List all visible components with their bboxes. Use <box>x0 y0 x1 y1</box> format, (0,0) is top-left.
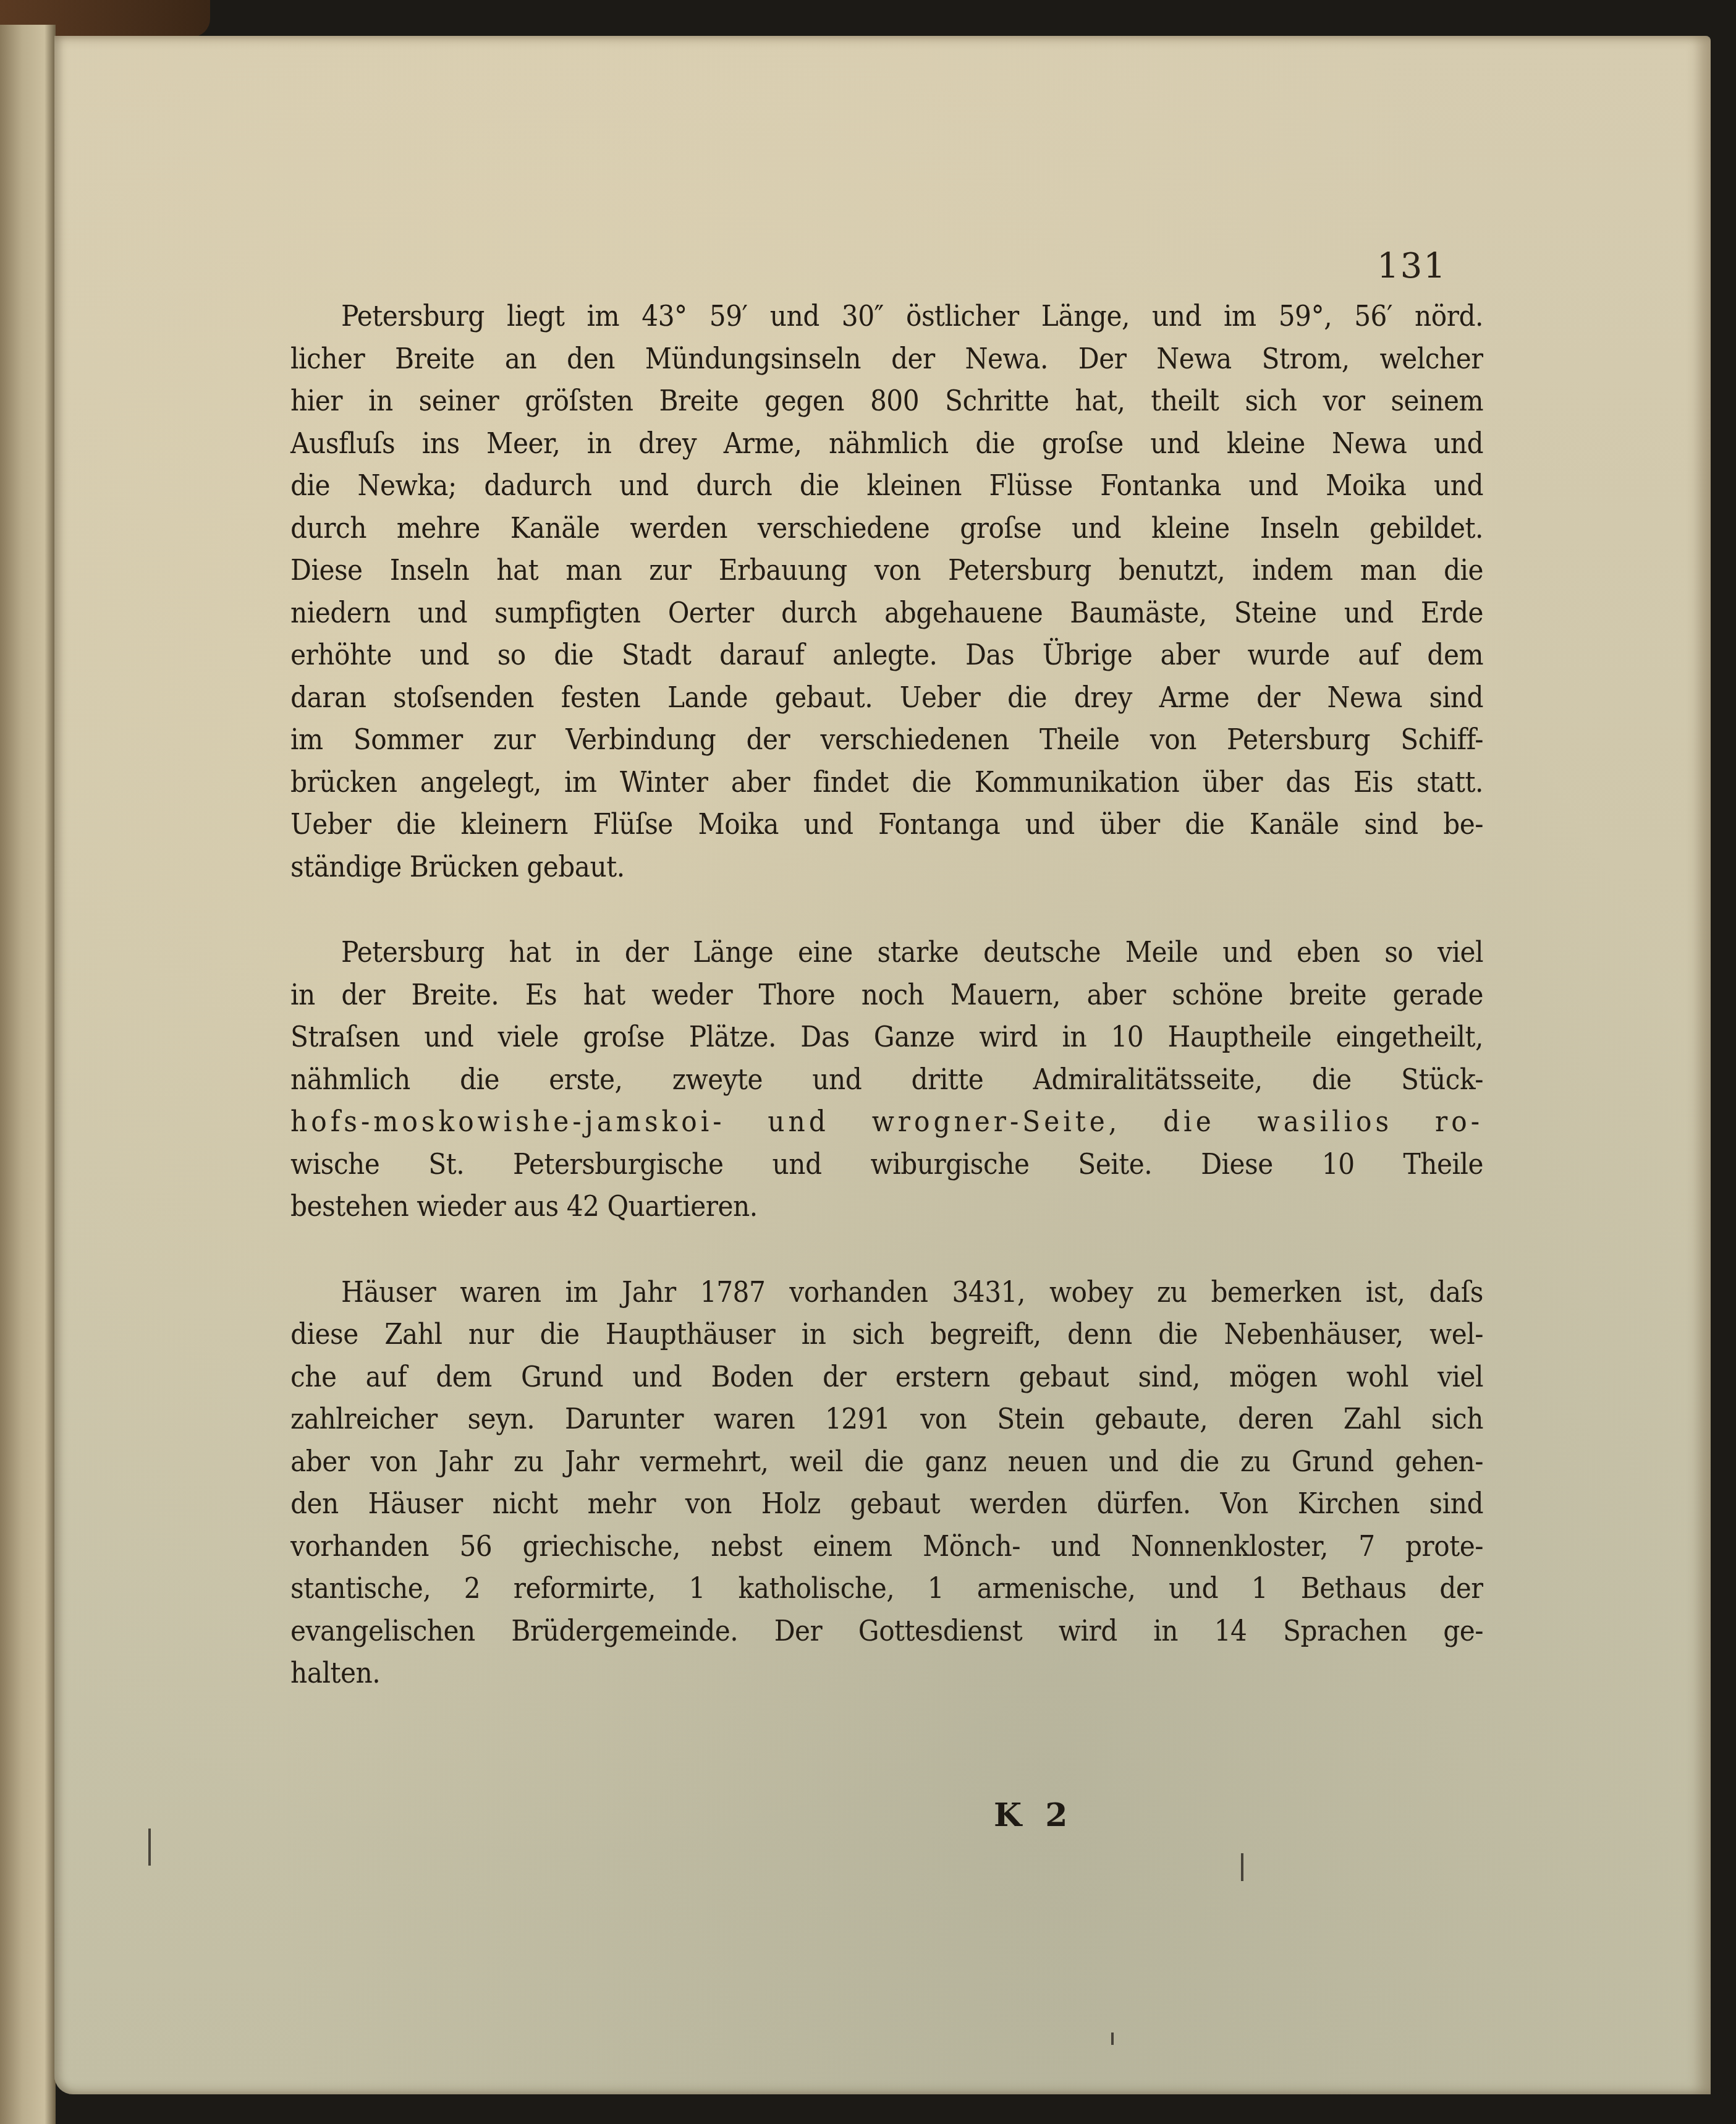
paragraph-location: Petersburg liegt im 43° 59′ und 30″ östl… <box>240 295 1483 888</box>
text-line: bestehen wieder aus 42 Quartieren. <box>240 1186 1483 1228</box>
text-line: Petersburg hat in der Länge eine starke … <box>240 932 1483 974</box>
text-line: aber von Jahr zu Jahr vermehrt, weil die… <box>240 1441 1483 1484</box>
text-line: ständige Brücken gebaut. <box>240 846 1483 889</box>
text-line: wische St. Petersburgische und wiburgisc… <box>240 1144 1483 1186</box>
previous-page-edge <box>0 25 56 2124</box>
text-line: erhöhte und so die Stadt darauf anlegte.… <box>240 634 1483 677</box>
margin-tick-mark <box>1111 2033 1114 2045</box>
text-line: Häuser waren im Jahr 1787 vorhanden 3431… <box>240 1272 1483 1314</box>
text-line: Petersburg liegt im 43° 59′ und 30″ östl… <box>240 295 1483 338</box>
text-line: nähmlich die erste, zweyte und dritte Ad… <box>240 1059 1483 1102</box>
text-line: licher Breite an den Mündungsinseln der … <box>240 338 1483 381</box>
book-page: 131 Petersburg liegt im 43° 59′ und 30″ … <box>54 36 1711 2094</box>
text-line: durch mehre Kanäle werden verschiedene g… <box>240 508 1483 550</box>
page-number: 131 <box>1377 246 1447 286</box>
text-line: Diese Inseln hat man zur Erbauung von Pe… <box>240 550 1483 592</box>
text-line: den Häuser nicht mehr von Holz gebaut we… <box>240 1483 1483 1526</box>
text-line: Straſsen und viele groſse Plätze. Das Ga… <box>240 1016 1483 1059</box>
text-line: brücken angelegt, im Winter aber findet … <box>240 762 1483 804</box>
text-line: die Newka; dadurch und durch die kleinen… <box>240 465 1483 508</box>
signature-mark: K 2 <box>994 1796 1073 1834</box>
text-line: zahlreicher seyn. Darunter waren 1291 vo… <box>240 1398 1483 1441</box>
text-line: evangelischen Brüdergemeinde. Der Gottes… <box>240 1610 1483 1653</box>
text-line: hofs-moskowishe-jamskoi- und wrogner-Sei… <box>240 1101 1483 1144</box>
paragraph-houses-churches: Häuser waren im Jahr 1787 vorhanden 3431… <box>240 1272 1483 1695</box>
page-body-text: Petersburg liegt im 43° 59′ und 30″ östl… <box>240 295 1483 1738</box>
margin-tick-mark <box>148 1829 151 1866</box>
text-line: im Sommer zur Verbindung der verschieden… <box>240 719 1483 762</box>
text-line: in der Breite. Es hat weder Thore noch M… <box>240 974 1483 1017</box>
text-line: stantische, 2 reformirte, 1 katholische,… <box>240 1568 1483 1610</box>
text-line: daran stoſsenden festen Lande gebaut. Ue… <box>240 677 1483 720</box>
text-line: halten. <box>240 1652 1483 1695</box>
text-line: che auf dem Grund und Boden der erstern … <box>240 1356 1483 1399</box>
text-line: niedern und sumpfigten Oerter durch abge… <box>240 592 1483 635</box>
text-line: diese Zahl nur die Haupthäuser in sich b… <box>240 1314 1483 1356</box>
text-line: hier in seiner gröſsten Breite gegen 800… <box>240 380 1483 423</box>
paragraph-size-districts: Petersburg hat in der Länge eine starke … <box>240 932 1483 1228</box>
margin-tick-mark <box>1241 1853 1243 1881</box>
text-line: vorhanden 56 griechische, nebst einem Mö… <box>240 1526 1483 1568</box>
text-line: Ueber die kleinern Flüſse Moika und Font… <box>240 804 1483 846</box>
text-line: Ausfluſs ins Meer, in drey Arme, nähmlic… <box>240 423 1483 465</box>
